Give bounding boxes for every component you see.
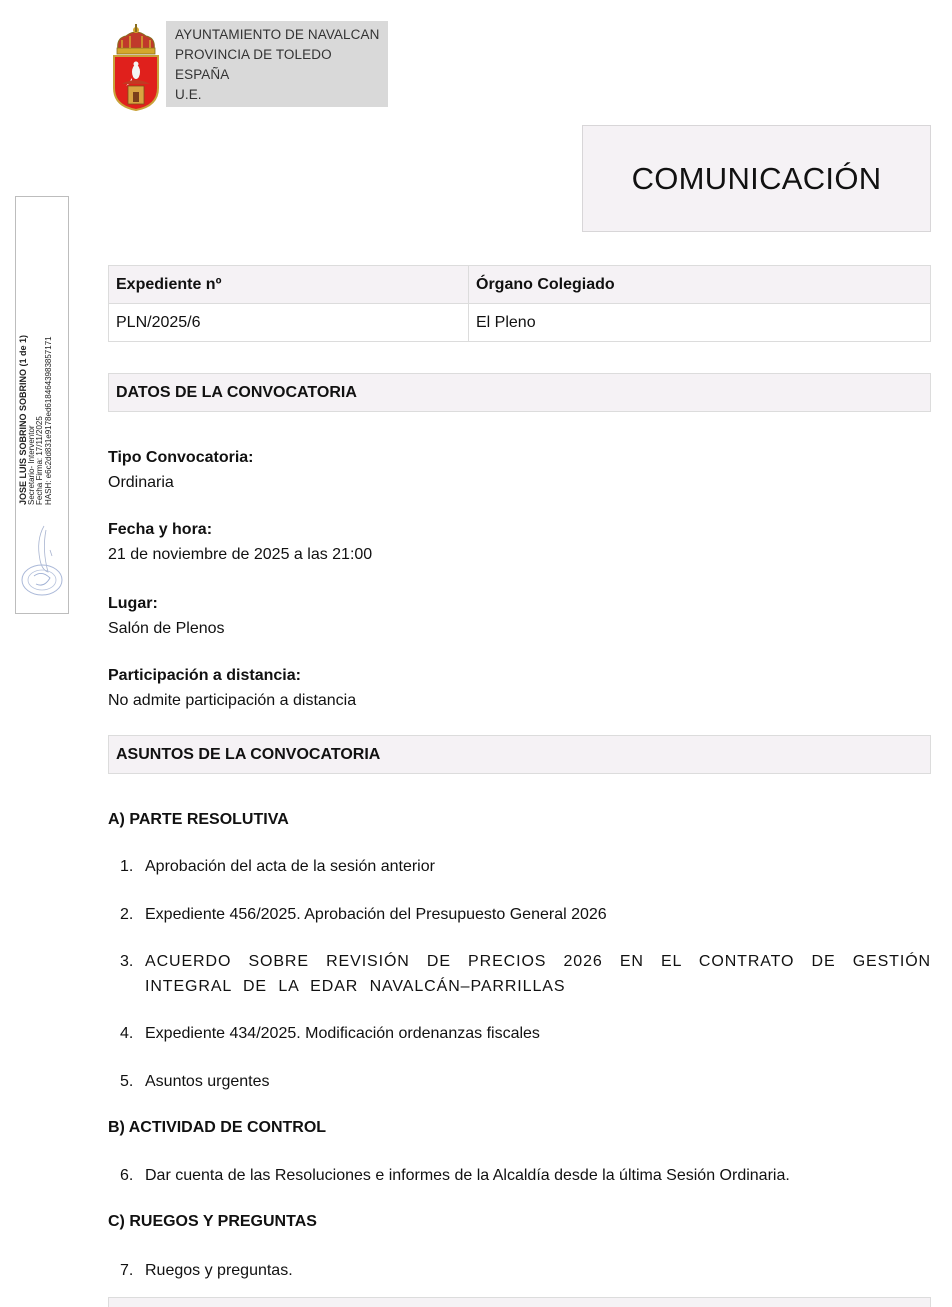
agenda-item: 4. Expediente 434/2025. Modificación ord… xyxy=(120,1021,931,1046)
field-participacion-distancia: Participación a distancia: No admite par… xyxy=(108,663,356,713)
field-value: Salón de Plenos xyxy=(108,616,225,641)
item-number: 1. xyxy=(120,854,145,879)
item-text: Asuntos urgentes xyxy=(145,1069,931,1094)
field-value: 21 de noviembre de 2025 a las 21:00 xyxy=(108,542,372,567)
field-label: Lugar: xyxy=(108,591,225,616)
next-section-bar xyxy=(108,1297,931,1307)
item-text: Dar cuenta de las Resoluciones e informe… xyxy=(145,1163,931,1188)
item-number: 4. xyxy=(120,1021,145,1046)
document-type-title: COMUNICACIÓN xyxy=(582,125,931,232)
header-organo: Órgano Colegiado xyxy=(469,266,931,304)
field-fecha-hora: Fecha y hora: 21 de noviembre de 2025 a … xyxy=(108,517,372,567)
coat-of-arms-icon xyxy=(110,20,162,110)
table-row: PLN/2025/6 El Pleno xyxy=(109,304,931,342)
item-text: ACUERDO SOBRE REVISIÓN DE PRECIOS 2026 E… xyxy=(145,949,931,999)
item-text: Ruegos y preguntas. xyxy=(145,1258,931,1283)
section-asuntos-convocatoria: ASUNTOS DE LA CONVOCATORIA xyxy=(108,735,931,774)
letterhead-line: PROVINCIA DE TOLEDO xyxy=(175,45,388,65)
letterhead-line: ESPAÑA xyxy=(175,65,388,85)
field-label: Participación a distancia: xyxy=(108,663,356,688)
item-number: 7. xyxy=(120,1258,145,1283)
agenda-item: 2. Expediente 456/2025. Aprobación del P… xyxy=(120,902,931,927)
item-number: 5. xyxy=(120,1069,145,1094)
field-lugar: Lugar: Salón de Plenos xyxy=(108,591,225,641)
letterhead-line: U.E. xyxy=(175,85,388,105)
agenda-item: 1. Aprobación del acta de la sesión ante… xyxy=(120,854,931,879)
signature-hash: HASH: e6c2dd831e9178ed6184643983857171 xyxy=(45,335,54,505)
field-tipo-convocatoria: Tipo Convocatoria: Ordinaria xyxy=(108,445,254,495)
subsection-actividad-control: B) ACTIVIDAD DE CONTROL xyxy=(108,1119,326,1137)
field-value: Ordinaria xyxy=(108,470,254,495)
agenda-item: 7. Ruegos y preguntas. xyxy=(120,1258,931,1283)
signature-details: JOSE LUIS SOBRINO SOBRINO (1 de 1) Secre… xyxy=(19,335,53,505)
expediente-value: PLN/2025/6 xyxy=(109,304,469,342)
agenda-item: 6. Dar cuenta de las Resoluciones e info… xyxy=(120,1163,931,1188)
item-number: 6. xyxy=(120,1163,145,1188)
agenda-item: 3. ACUERDO SOBRE REVISIÓN DE PRECIOS 202… xyxy=(120,949,931,999)
expediente-table: Expediente nº Órgano Colegiado PLN/2025/… xyxy=(108,265,931,342)
organo-value: El Pleno xyxy=(469,304,931,342)
section-datos-convocatoria: DATOS DE LA CONVOCATORIA xyxy=(108,373,931,412)
field-value: No admite participación a distancia xyxy=(108,688,356,713)
item-text: Expediente 456/2025. Aprobación del Pres… xyxy=(145,902,931,927)
field-label: Tipo Convocatoria: xyxy=(108,445,254,470)
subsection-parte-resolutiva: A) PARTE RESOLUTIVA xyxy=(108,811,289,829)
field-label: Fecha y hora: xyxy=(108,517,372,542)
item-text: Expediente 434/2025. Modificación ordena… xyxy=(145,1021,931,1046)
item-text: Aprobación del acta de la sesión anterio… xyxy=(145,854,931,879)
signature-seal-icon xyxy=(18,520,66,600)
item-number: 3. xyxy=(120,949,145,999)
agenda-item: 5. Asuntos urgentes xyxy=(120,1069,931,1094)
item-number: 2. xyxy=(120,902,145,927)
letterhead-line: AYUNTAMIENTO DE NAVALCAN xyxy=(175,25,388,45)
header-expediente: Expediente nº xyxy=(109,266,469,304)
subsection-ruegos-preguntas: C) RUEGOS Y PREGUNTAS xyxy=(108,1213,317,1231)
table-header-row: Expediente nº Órgano Colegiado xyxy=(109,266,931,304)
municipality-name-block: AYUNTAMIENTO DE NAVALCAN PROVINCIA DE TO… xyxy=(166,21,388,107)
municipality-letterhead: AYUNTAMIENTO DE NAVALCAN PROVINCIA DE TO… xyxy=(110,20,388,110)
